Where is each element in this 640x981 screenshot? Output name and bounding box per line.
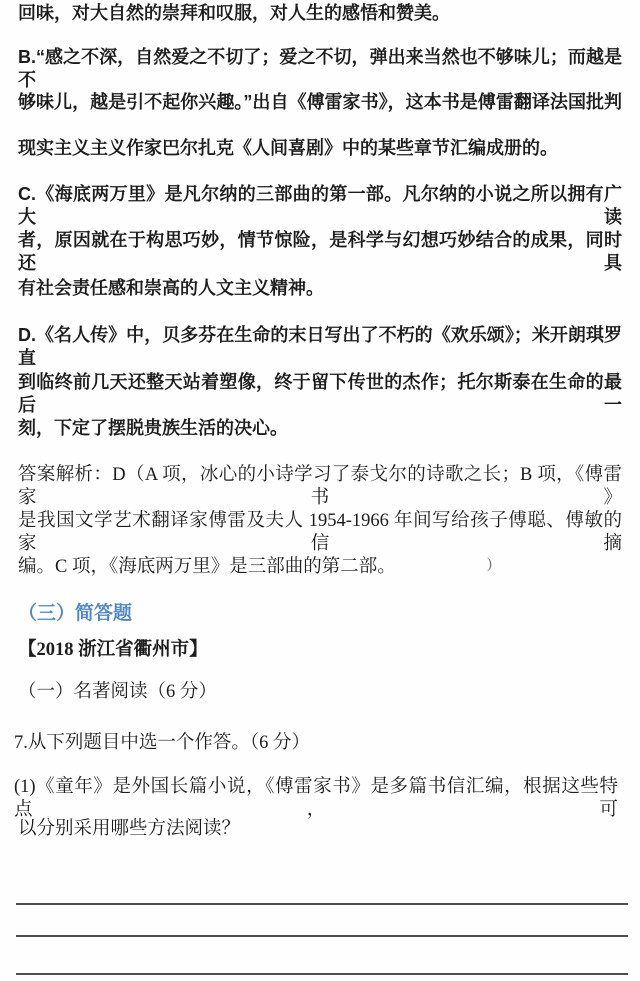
- part-one-title: （一）名著阅读（6 分）: [18, 681, 217, 704]
- option-b-line-1: B.“感之不深，自然爱之不切了；爱之不切，弹出来当然也不够味儿；而越是不: [18, 46, 622, 91]
- section-heading-short-answer: （三）简答题: [18, 602, 132, 626]
- option-b-line-3: 现实主义主义作家巴尔扎克《人间喜剧》中的某些章节汇编成册的。: [18, 137, 558, 160]
- option-d-line-2: 到临终前几天还整天站着塑像，终于留下传世的杰作；托尔斯泰在生命的最后一: [18, 371, 622, 416]
- exam-source-label: 【2018 浙江省衢州市】: [18, 639, 208, 662]
- answer-blank-line-1: [16, 903, 628, 905]
- option-c-line-3: 有社会责任感和崇高的人文主义精神。: [18, 277, 324, 300]
- question-7-1-line-2: 以分别采用哪些方法阅读？: [18, 818, 240, 841]
- answer-analysis-line-2: 是我国文学艺术翻译家傅雷及夫人 1954-1966 年间写给孩子傅聪、傅敏的家信…: [18, 510, 622, 556]
- paragraph-a-continuation: 回味，对大自然的崇拜和叹服，对人生的感悟和赞美。: [18, 2, 450, 25]
- answer-blank-line-2: [16, 935, 628, 937]
- document-page: 回味，对大自然的崇拜和叹服，对人生的感悟和赞美。 B.“感之不深，自然爱之不切了…: [0, 0, 640, 981]
- option-c-line-2: 者，原因就在于构思巧妙，情节惊险，是科学与幻想巧妙结合的成果，同时还具: [18, 229, 622, 274]
- answer-analysis-line-1: 答案解析：D（A 项，冰心的小诗学习了泰戈尔的诗歌之长；B 项，《傅雷家书》: [18, 464, 622, 510]
- question-7-stem: 7.从下列题目中选一个作答。（6 分）: [14, 732, 310, 755]
- option-c-line-1: C.《海底两万里》是凡尔纳的三部曲的第一部。凡尔纳的小说之所以拥有广大读: [18, 183, 622, 228]
- answer-blank-line-3: [16, 973, 628, 975]
- answer-analysis-line-3: 编。C 项，《海底两万里》是三部曲的第二部。: [18, 556, 396, 579]
- question-7-1-line-1: (1)《童年》是外国长篇小说，《傅雷家书》是多篇书信汇编，根据这些特点，可: [14, 776, 618, 822]
- option-d-line-1: D.《名人传》中，贝多芬在生命的末日写出了不朽的《欢乐颂》；米开朗琪罗直: [18, 324, 622, 369]
- option-b-line-2: 够味儿，越是引不起你兴趣。”出自《傅雷家书》，这本书是傅雷翻译法国批判: [18, 91, 622, 114]
- option-d-line-3: 刻，下定了摆脱贵族生活的决心。: [18, 417, 288, 440]
- stray-closing-paren: ): [487, 556, 492, 573]
